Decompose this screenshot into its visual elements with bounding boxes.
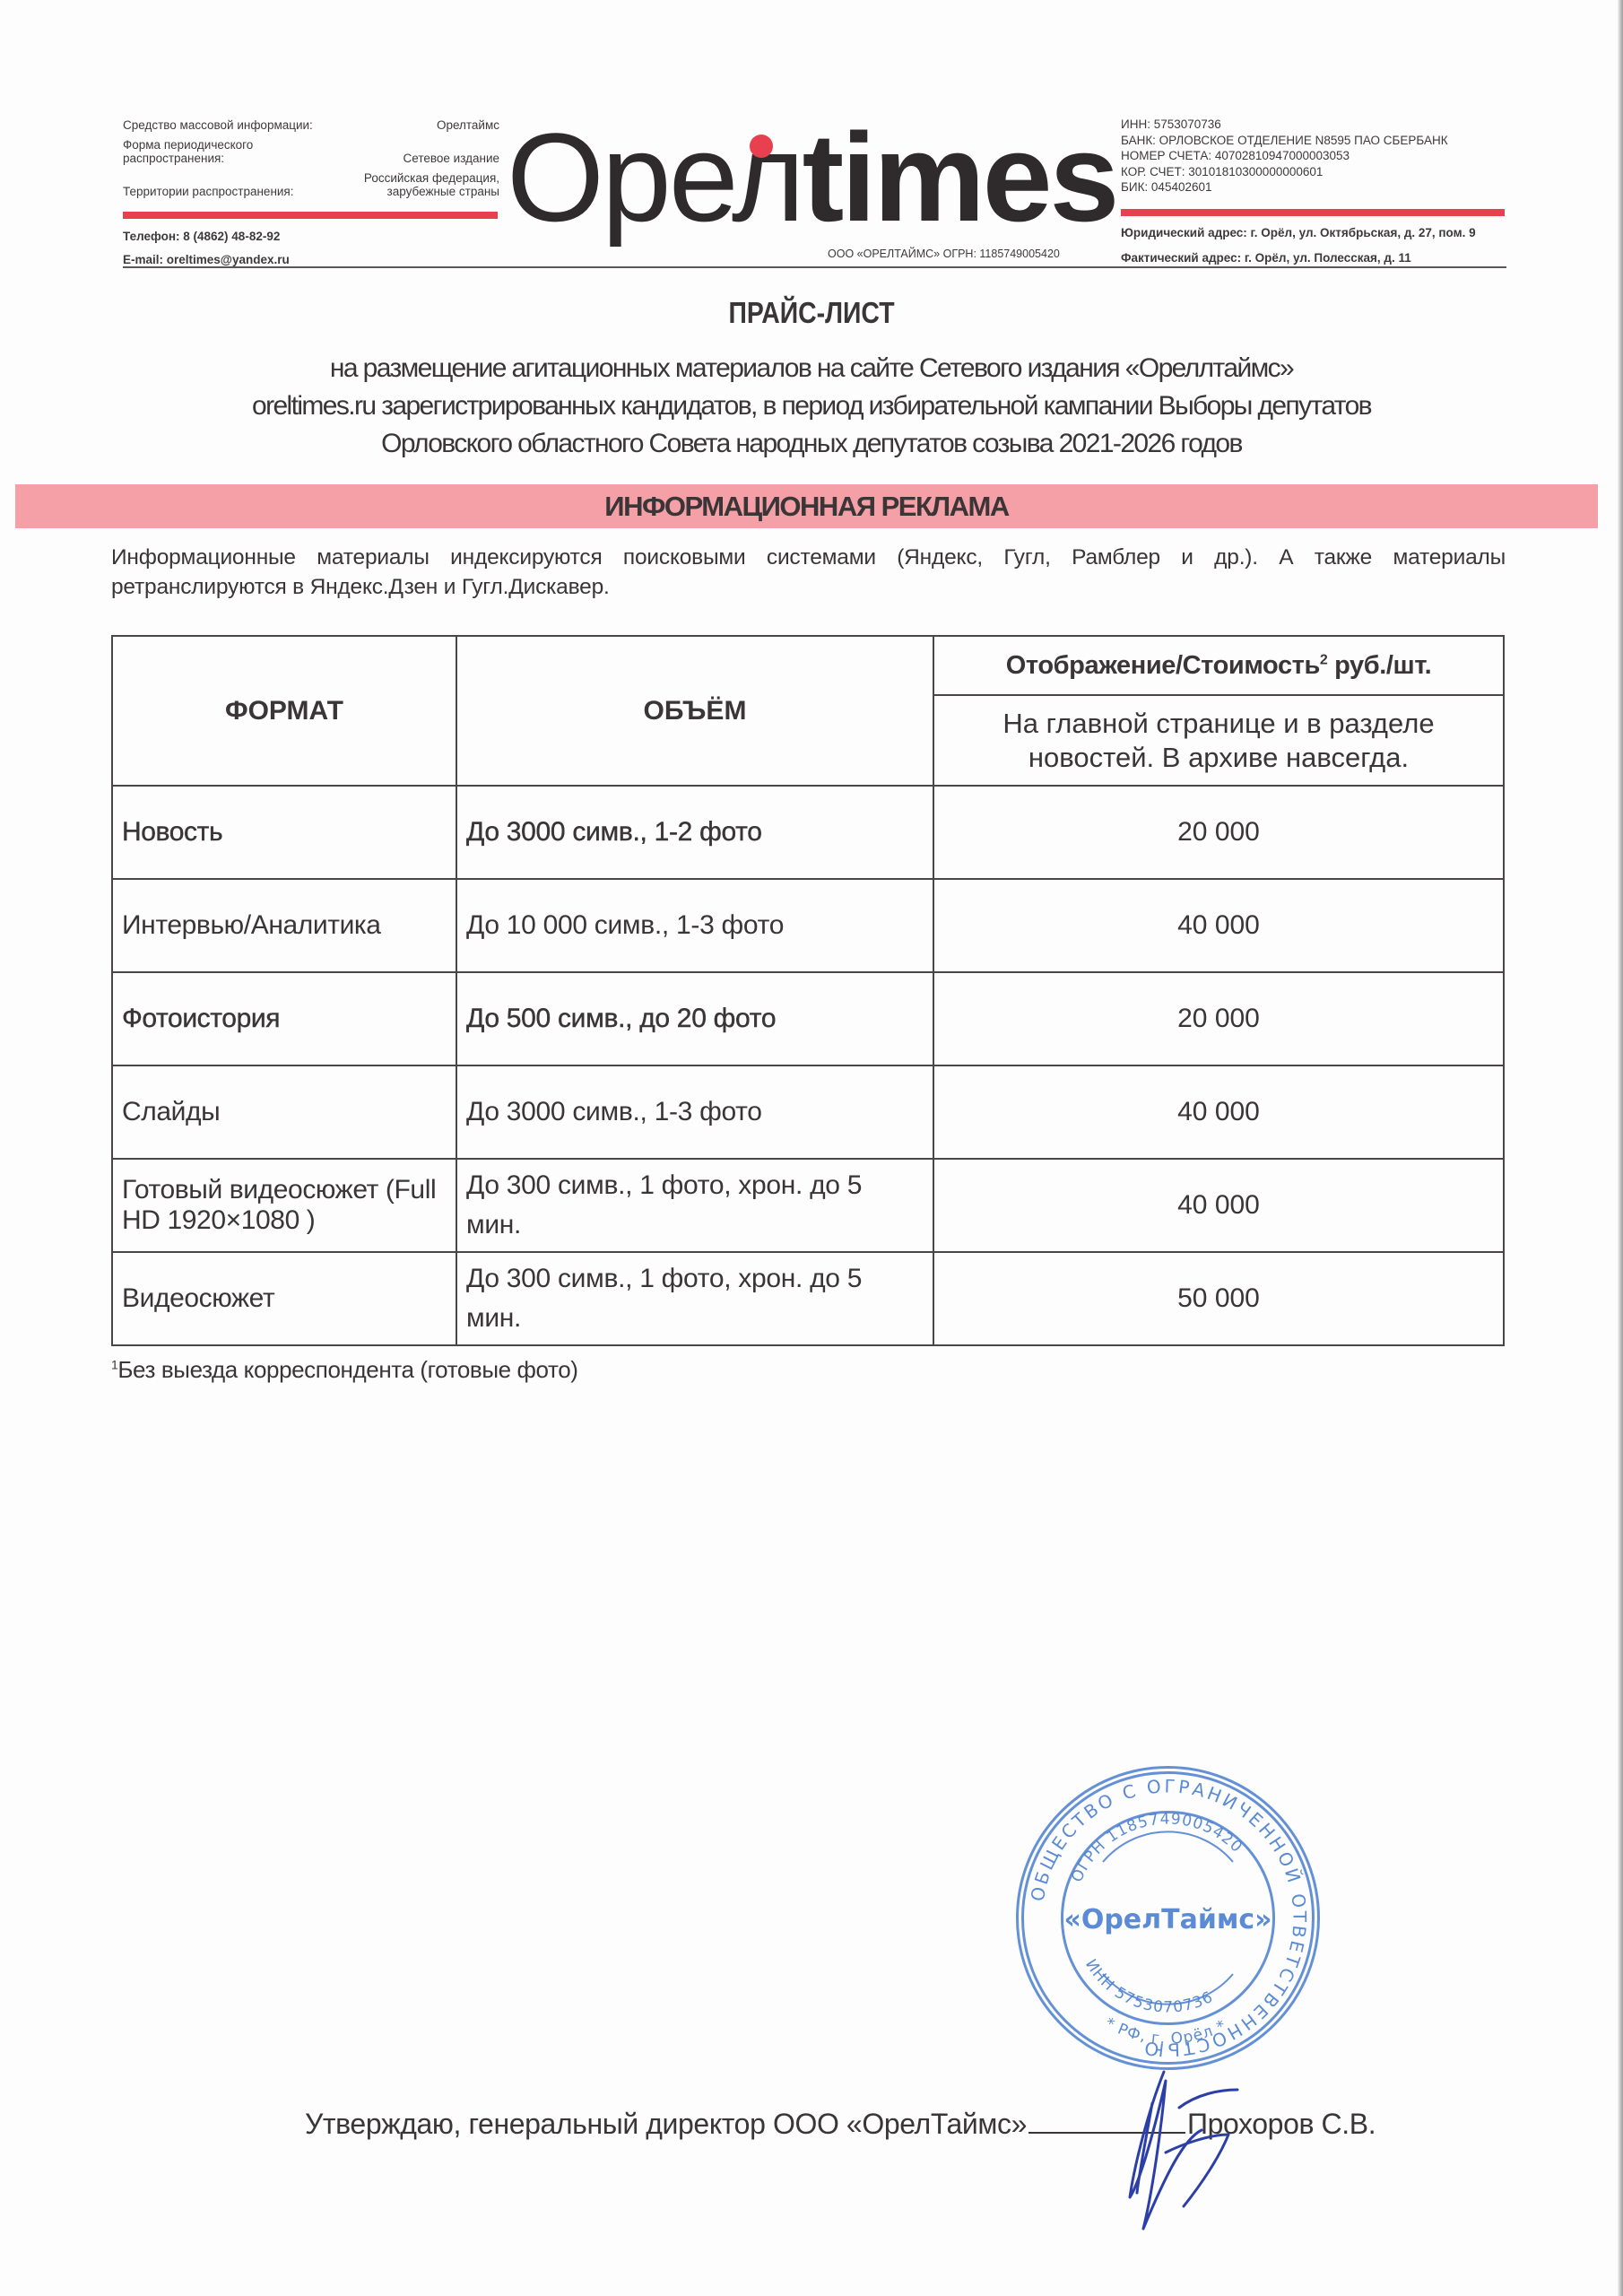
org-ogrn: ООО «ОРЕЛТАЙМС» ОГРН: 1185749005420 <box>828 248 1060 260</box>
table-row: Готовый видеосюжет (Full HD 1920×1080 )Д… <box>112 1159 1504 1252</box>
cell-format: Готовый видеосюжет (Full HD 1920×1080 ) <box>112 1159 456 1252</box>
page-subtitle: на размещение агитационных материалов на… <box>0 350 1623 463</box>
svg-text:«ОрелТаймс»: «ОрелТаймс» <box>1063 1904 1271 1935</box>
cell-price: 40 000 <box>933 1159 1504 1252</box>
approval-text: Утверждаю, генеральный директор ООО «Оре… <box>305 2108 1027 2140</box>
letterhead-contacts: Телефон: 8 (4862) 48-82-92 E-mail: orelt… <box>123 225 290 272</box>
cell-volume: До 300 симв., 1 фото, хрон. до 5 мин. <box>456 1252 933 1345</box>
legal-address: Юридический адрес: г. Орёл, ул. Октябрьс… <box>1121 221 1476 246</box>
header-placement: На главной странице и в разделе новостей… <box>933 695 1504 786</box>
cell-format: Видеосюжет <box>112 1252 456 1345</box>
scan-edge <box>1618 0 1623 2296</box>
section-title: ИНФОРМАЦИОННАЯ РЕКЛАМА <box>15 484 1598 528</box>
table-row: Интервью/АналитикаДо 10 000 симв., 1-3 ф… <box>112 879 1504 972</box>
letterhead-red-rule-left <box>123 212 498 219</box>
table-row: ВидеосюжетДо 300 симв., 1 фото, хрон. до… <box>112 1252 1504 1345</box>
letterhead-red-rule-right <box>1121 209 1505 216</box>
cell-price: 40 000 <box>933 1065 1504 1159</box>
cell-format: Слайды <box>112 1065 456 1159</box>
footnote: 1Без выезда корреспондента (готовые фото… <box>111 1356 578 1384</box>
svg-text:ОГРН 1185749005420: ОГРН 1185749005420 <box>1068 1810 1245 1885</box>
cell-price: 20 000 <box>933 972 1504 1065</box>
table-row: СлайдыДо 3000 симв., 1-3 фото40 000 <box>112 1065 1504 1159</box>
page-title: ПРАЙС-ЛИСТ <box>114 296 1510 330</box>
cell-volume: До 500 симв., до 20 фото <box>456 972 933 1065</box>
cell-price: 20 000 <box>933 786 1504 879</box>
section-band: ИНФОРМАЦИОННАЯ РЕКЛАМА <box>15 484 1598 528</box>
cell-volume: До 3000 симв., 1-2 фото <box>456 786 933 879</box>
cell-volume: До 10 000 симв., 1-3 фото <box>456 879 933 972</box>
intro-paragraph: Информационные материалы индексируются п… <box>111 543 1506 602</box>
svg-text:ИНН 5753070736: ИНН 5753070736 <box>1081 1956 1216 2016</box>
letterhead-divider <box>123 266 1506 268</box>
media-name-row: Средство массовой информации: Орелтаймс <box>123 118 499 132</box>
table-row: ФотоисторияДо 500 симв., до 20 фото20 00… <box>112 972 1504 1065</box>
header-format: ФОРМАТ <box>112 636 456 786</box>
logo-red-dot-icon <box>750 135 773 158</box>
cell-price: 50 000 <box>933 1252 1504 1345</box>
header-cost: Отображение/Стоимость2 руб./шт. <box>933 636 1504 695</box>
cell-format: Интервью/Аналитика <box>112 879 456 972</box>
price-table: ФОРМАТ ОБЪЁМ Отображение/Стоимость2 руб.… <box>111 635 1505 1346</box>
media-territory-row: Территории распространения: Российская ф… <box>123 171 499 198</box>
oreltimes-logo: Орелtimes <box>507 106 1116 249</box>
letterhead-bank-details: ИНН: 5753070736 БАНК: ОРЛОВСКОЕ ОТДЕЛЕНИ… <box>1121 117 1448 196</box>
signature-icon <box>1112 2058 1273 2238</box>
cell-format: Новость <box>112 786 456 879</box>
letterhead-addresses: Юридический адрес: г. Орёл, ул. Октябрьс… <box>1121 221 1476 271</box>
cell-price: 40 000 <box>933 879 1504 972</box>
cell-format: Фотоистория <box>112 972 456 1065</box>
cell-volume: До 3000 симв., 1-3 фото <box>456 1065 933 1159</box>
header-volume: ОБЪЁМ <box>456 636 933 786</box>
cell-volume: До 300 симв., 1 фото, хрон. до 5 мин. <box>456 1159 933 1252</box>
table-row: НовостьДо 3000 симв., 1-2 фото20 000 <box>112 786 1504 879</box>
phone: Телефон: 8 (4862) 48-82-92 <box>123 225 290 248</box>
media-form-row: Форма периодического распространения: Се… <box>123 138 499 165</box>
letterhead-media-info: Средство массовой информации: Орелтаймс … <box>123 118 499 204</box>
company-stamp-icon: ОБЩЕСТВО С ОГРАНИЧЕННОЙ ОТВЕТСТВЕННОСТЬЮ… <box>1013 1763 1323 2073</box>
svg-text:* РФ, г. Орёл *: * РФ, г. Орёл * <box>1102 2014 1229 2048</box>
email: E-mail: oreltimes@yandex.ru <box>123 248 290 272</box>
